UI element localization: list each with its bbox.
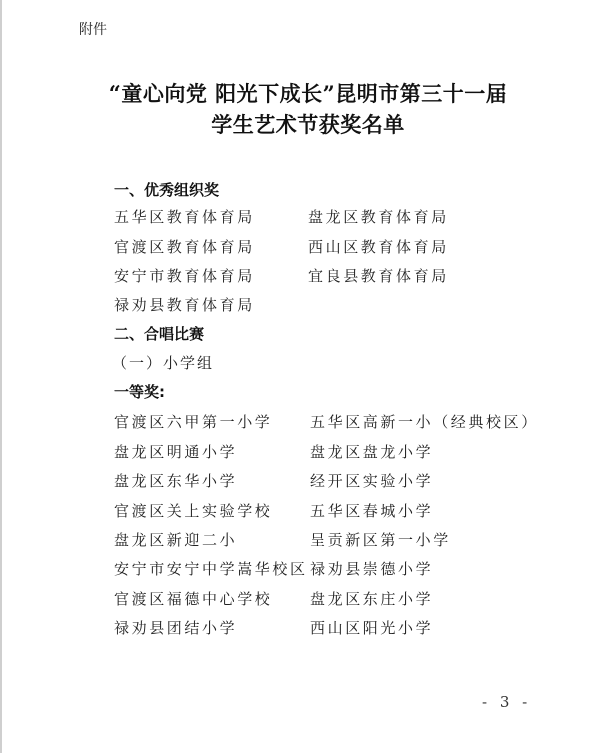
list-item: 官渡区六甲第一小学 [114,411,272,432]
list-item: 盘龙区明通小学 [114,441,237,462]
list-row: 官渡区福德中心学校 盘龙区东庄小学 [114,588,594,610]
list-item: 经开区实验小学 [310,470,433,491]
list-item: 宜良县教育体育局 [308,265,449,286]
list-row: 官渡区六甲第一小学 五华区高新一小（经典校区） [114,411,594,433]
list-row: 盘龙区明通小学 盘龙区盘龙小学 [114,441,594,463]
list-item: 盘龙区东华小学 [114,470,237,491]
list-row: 官渡区教育体育局 西山区教育体育局 [114,236,594,258]
list-item: 五华区教育体育局 [114,206,255,227]
list-item: 禄劝县团结小学 [114,617,237,638]
page-number: - 3 - [482,693,531,711]
list-item: 呈贡新区第一小学 [310,529,451,550]
list-item: 安宁市安宁中学嵩华校区 [114,558,308,579]
list-item: 五华区春城小学 [310,500,433,521]
list-row: 五华区教育体育局 盘龙区教育体育局 [114,206,594,228]
list-row: 安宁市教育体育局 宜良县教育体育局 [114,265,594,287]
list-item: 盘龙区教育体育局 [308,206,449,227]
award-level-heading: 一等奖: [114,381,165,402]
list-row: 盘龙区东华小学 经开区实验小学 [114,470,594,492]
list-row: 禄劝县教育体育局 [114,294,594,316]
list-item: 西山区教育体育局 [308,236,449,257]
list-item: 盘龙区盘龙小学 [310,441,433,462]
list-item: 五华区高新一小（经典校区） [310,411,539,432]
list-item: 官渡区福德中心学校 [114,588,272,609]
list-item: 安宁市教育体育局 [114,265,255,286]
list-row: 官渡区关上实验学校 五华区春城小学 [114,500,594,522]
list-item: 禄劝县教育体育局 [114,294,255,315]
list-item: 禄劝县崇德小学 [310,558,433,579]
section-heading-choir: 二、合唱比赛 [114,323,204,344]
list-row: 禄劝县团结小学 西山区阳光小学 [114,617,594,639]
page-edge [0,0,2,753]
list-item: 盘龙区新迎二小 [114,529,237,550]
group-heading-primary: （一）小学组 [112,352,214,373]
list-row: 安宁市安宁中学嵩华校区 禄劝县崇德小学 [114,558,594,580]
list-item: 西山区阳光小学 [310,617,433,638]
document-title-line-1: “童心向党 阳光下成长”昆明市第三十一届 [8,78,600,108]
section-heading-organization-award: 一、优秀组织奖 [114,179,219,200]
list-row: 盘龙区新迎二小 呈贡新区第一小学 [114,529,594,551]
list-item: 盘龙区东庄小学 [310,588,433,609]
list-item: 官渡区关上实验学校 [114,500,272,521]
document-title-line-2: 学生艺术节获奖名单 [8,109,600,139]
list-item: 官渡区教育体育局 [114,236,255,257]
attachment-label: 附件 [79,19,107,39]
